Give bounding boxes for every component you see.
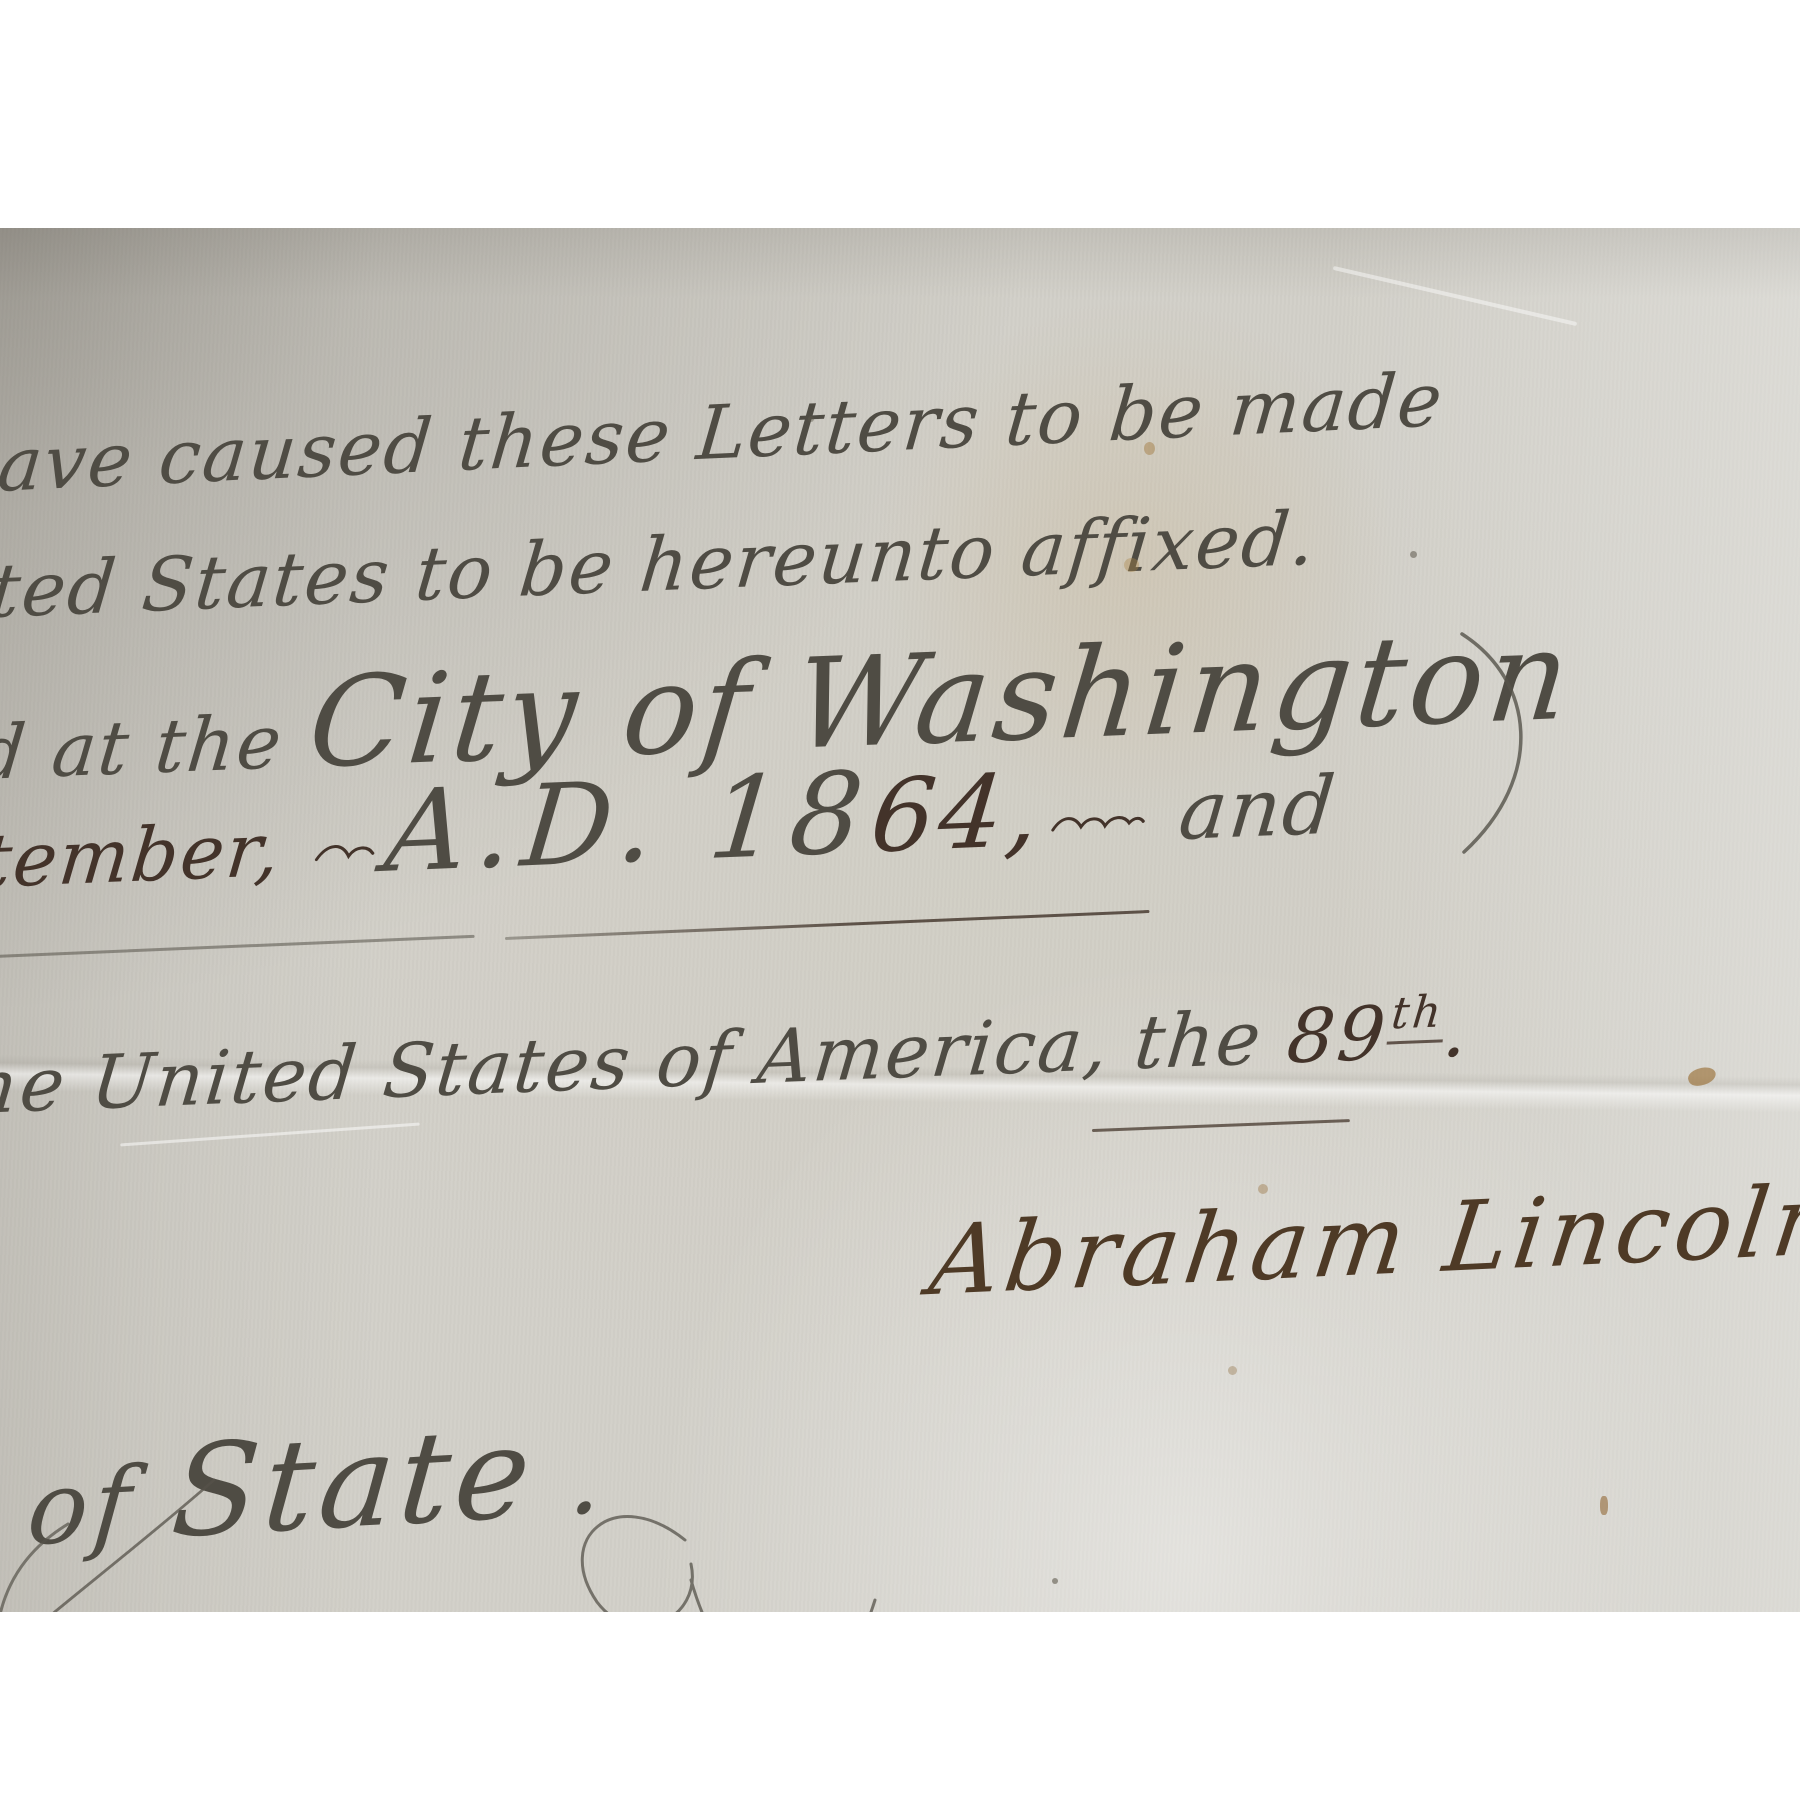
stain-speck bbox=[1124, 558, 1139, 572]
ruled-blank-under-month bbox=[0, 935, 475, 959]
ruled-blank-under-ordinal bbox=[1092, 1119, 1350, 1132]
line4-year-engraved: A.D. 18 bbox=[380, 748, 879, 898]
stain-speck bbox=[808, 416, 814, 422]
small-diagonal-crease bbox=[1333, 266, 1577, 326]
line4-year-handwritten: 64, bbox=[866, 751, 1049, 875]
closing-of-text: of bbox=[23, 1443, 177, 1569]
document-photo: have caused these Letters to be made ite… bbox=[0, 228, 1800, 1612]
closing-state-text: State bbox=[167, 1398, 541, 1566]
stain-speck bbox=[1228, 1366, 1237, 1375]
closing-line: of State . bbox=[24, 1405, 614, 1564]
line4-and-text: and bbox=[1175, 758, 1341, 858]
line4-month-handwritten: tember, bbox=[0, 807, 286, 905]
stain-speck bbox=[1052, 1578, 1058, 1584]
stain-speck bbox=[1410, 551, 1417, 558]
closing-period: . bbox=[529, 1418, 612, 1540]
abraham-lincoln-signature: Abraham Lincoln bbox=[925, 1171, 1800, 1309]
line5-main-text: he United States of America, the bbox=[0, 994, 1292, 1131]
double-ditto-squiggle-icon bbox=[1046, 740, 1153, 856]
screenshot-root: { "photo": { "paper_color": "#d2d0c9", "… bbox=[0, 0, 1800, 1800]
stain-speck bbox=[1258, 1184, 1268, 1194]
faint-crease-streak bbox=[120, 1123, 419, 1147]
ordinal-suffix: th bbox=[1387, 987, 1449, 1045]
ruled-blank-under-year bbox=[505, 910, 1150, 940]
document-line-2: ited States to be hereunto affixed. bbox=[0, 501, 1320, 630]
line5-ordinal: 89th. bbox=[1283, 987, 1474, 1080]
stain-speck bbox=[1144, 442, 1155, 455]
ditto-squiggle-icon bbox=[309, 771, 384, 886]
stain-speck bbox=[1600, 1496, 1608, 1515]
ordinal-number: 89 bbox=[1283, 990, 1392, 1080]
document-line-1: have caused these Letters to be made bbox=[0, 363, 1447, 505]
